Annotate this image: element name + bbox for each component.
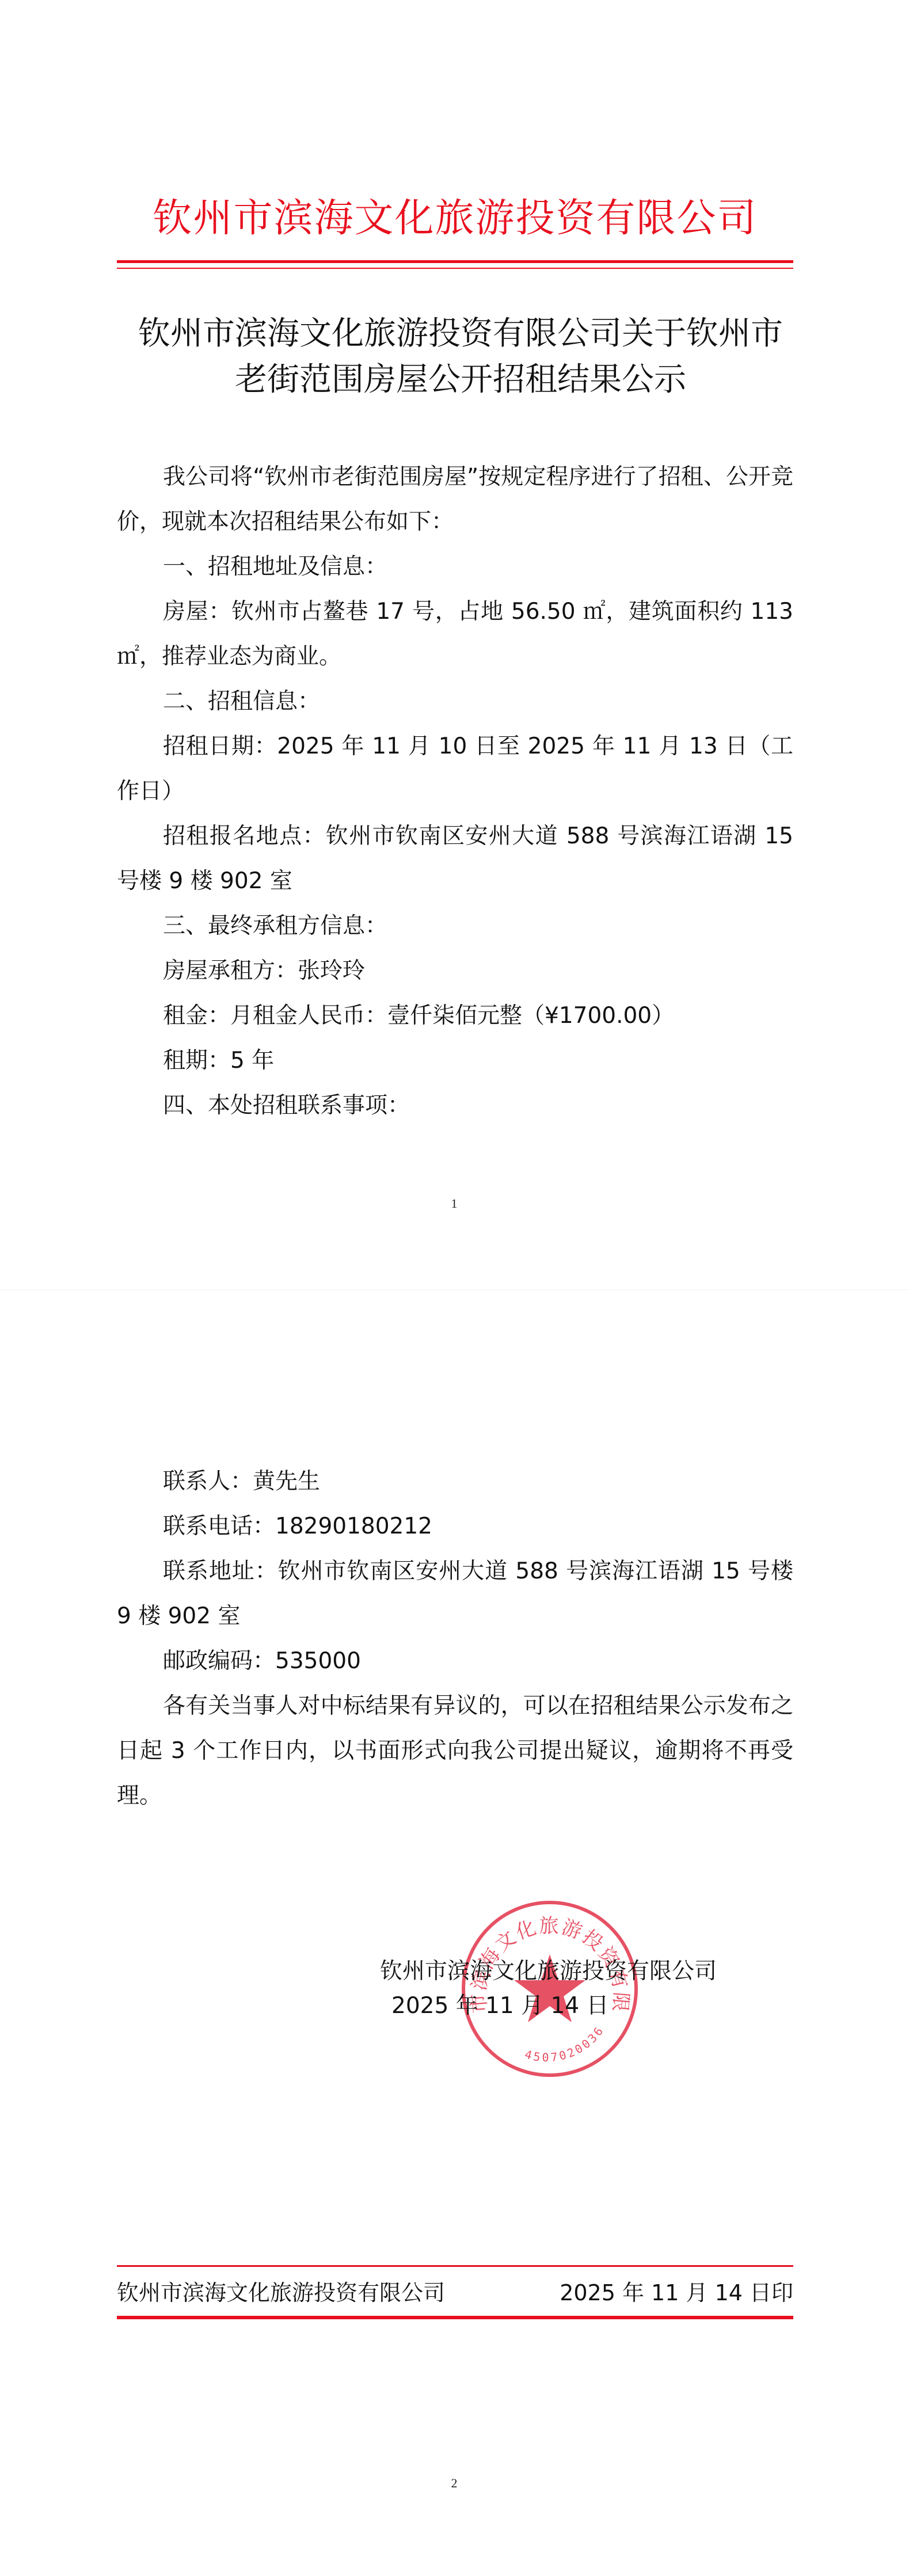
rental-period: 招租日期：2025 年 11 月 10 日至 2025 年 11 月 13 日（… xyxy=(117,724,793,814)
registration-location: 招租报名地点：钦州市钦南区安州大道 588 号滨海江语湖 15 号楼 9 楼 9… xyxy=(117,814,793,904)
tenant-name: 房屋承租方：张玲玲 xyxy=(117,949,793,994)
contact-person: 联系人：黄先生 xyxy=(117,1459,793,1504)
page-number-2: 2 xyxy=(443,2476,466,2491)
section-3-heading: 三、最终承租方信息： xyxy=(117,904,793,949)
document-footer: 钦州市滨海文化旅游投资有限公司 2025 年 11 月 14 日印 xyxy=(117,2262,793,2326)
document-title: 钦州市滨海文化旅游投资有限公司关于钦州市 老街范围房屋公开招租结果公示 xyxy=(86,311,835,403)
letterhead-thin-rule xyxy=(117,268,793,269)
document-title-line-1: 钦州市滨海文化旅游投资有限公司关于钦州市 xyxy=(86,311,835,357)
seal-code-text: 4507020036 xyxy=(523,2023,607,2064)
intro-paragraph: 我公司将“钦州市老街范围房屋”按规定程序进行了招租、公开竞价，现就本次招租结果公… xyxy=(117,455,793,545)
document-title-line-2: 老街范围房屋公开招租结果公示 xyxy=(86,357,835,403)
section-4-heading: 四、本处招租联系事项： xyxy=(117,1083,793,1128)
page-number-1: 1 xyxy=(443,1196,466,1211)
section-1-heading: 一、招租地址及信息： xyxy=(117,545,793,589)
signature-block: 钦州市滨海文化旅游投资有限公司 2025 年 11 月 14 日 xyxy=(380,1954,794,2023)
lease-term: 租期：5 年 xyxy=(117,1038,793,1083)
objection-notice: 各有关当事人对中标结果有异议的，可以在招租结果公示发布之日起 3 个工作日内，以… xyxy=(117,1684,793,1818)
letterhead-thick-rule xyxy=(117,260,793,263)
signature-date: 2025 年 11 月 14 日 xyxy=(380,1989,794,2023)
contact-phone: 联系电话：18290180212 xyxy=(117,1504,793,1549)
section-2-heading: 二、招租信息： xyxy=(117,679,793,724)
letterhead-company-name: 钦州市滨海文化旅游投资有限公司 xyxy=(128,196,782,242)
rent-amount: 租金：月租金人民币：壹仟柒佰元整（¥1700.00） xyxy=(117,994,793,1038)
footer-company: 钦州市滨海文化旅游投资有限公司 xyxy=(117,2278,445,2307)
svg-text:4507020036: 4507020036 xyxy=(523,2023,607,2064)
footer-bottom-rule xyxy=(117,2316,793,2319)
page-1: 钦州市滨海文化旅游投资有限公司 钦州市滨海文化旅游投资有限公司关于钦州市 老街范… xyxy=(0,0,909,1289)
footer-printed-date: 2025 年 11 月 14 日印 xyxy=(560,2278,793,2307)
announcement-body: 我公司将“钦州市老街范围房屋”按规定程序进行了招租、公开竞价，现就本次招租结果公… xyxy=(117,455,793,1128)
footer-top-rule xyxy=(117,2265,793,2267)
signature-company: 钦州市滨海文化旅游投资有限公司 xyxy=(380,1954,794,1989)
property-info: 房屋：钦州市占鳌巷 17 号，占地 56.50 ㎡，建筑面积约 113 ㎡，推荐… xyxy=(117,589,793,679)
contact-address: 联系地址：钦州市钦南区安州大道 588 号滨海江语湖 15 号楼 9 楼 902… xyxy=(117,1549,793,1639)
contact-section: 联系人：黄先生 联系电话：18290180212 联系地址：钦州市钦南区安州大道… xyxy=(117,1459,793,1818)
postal-code: 邮政编码：535000 xyxy=(117,1639,793,1684)
